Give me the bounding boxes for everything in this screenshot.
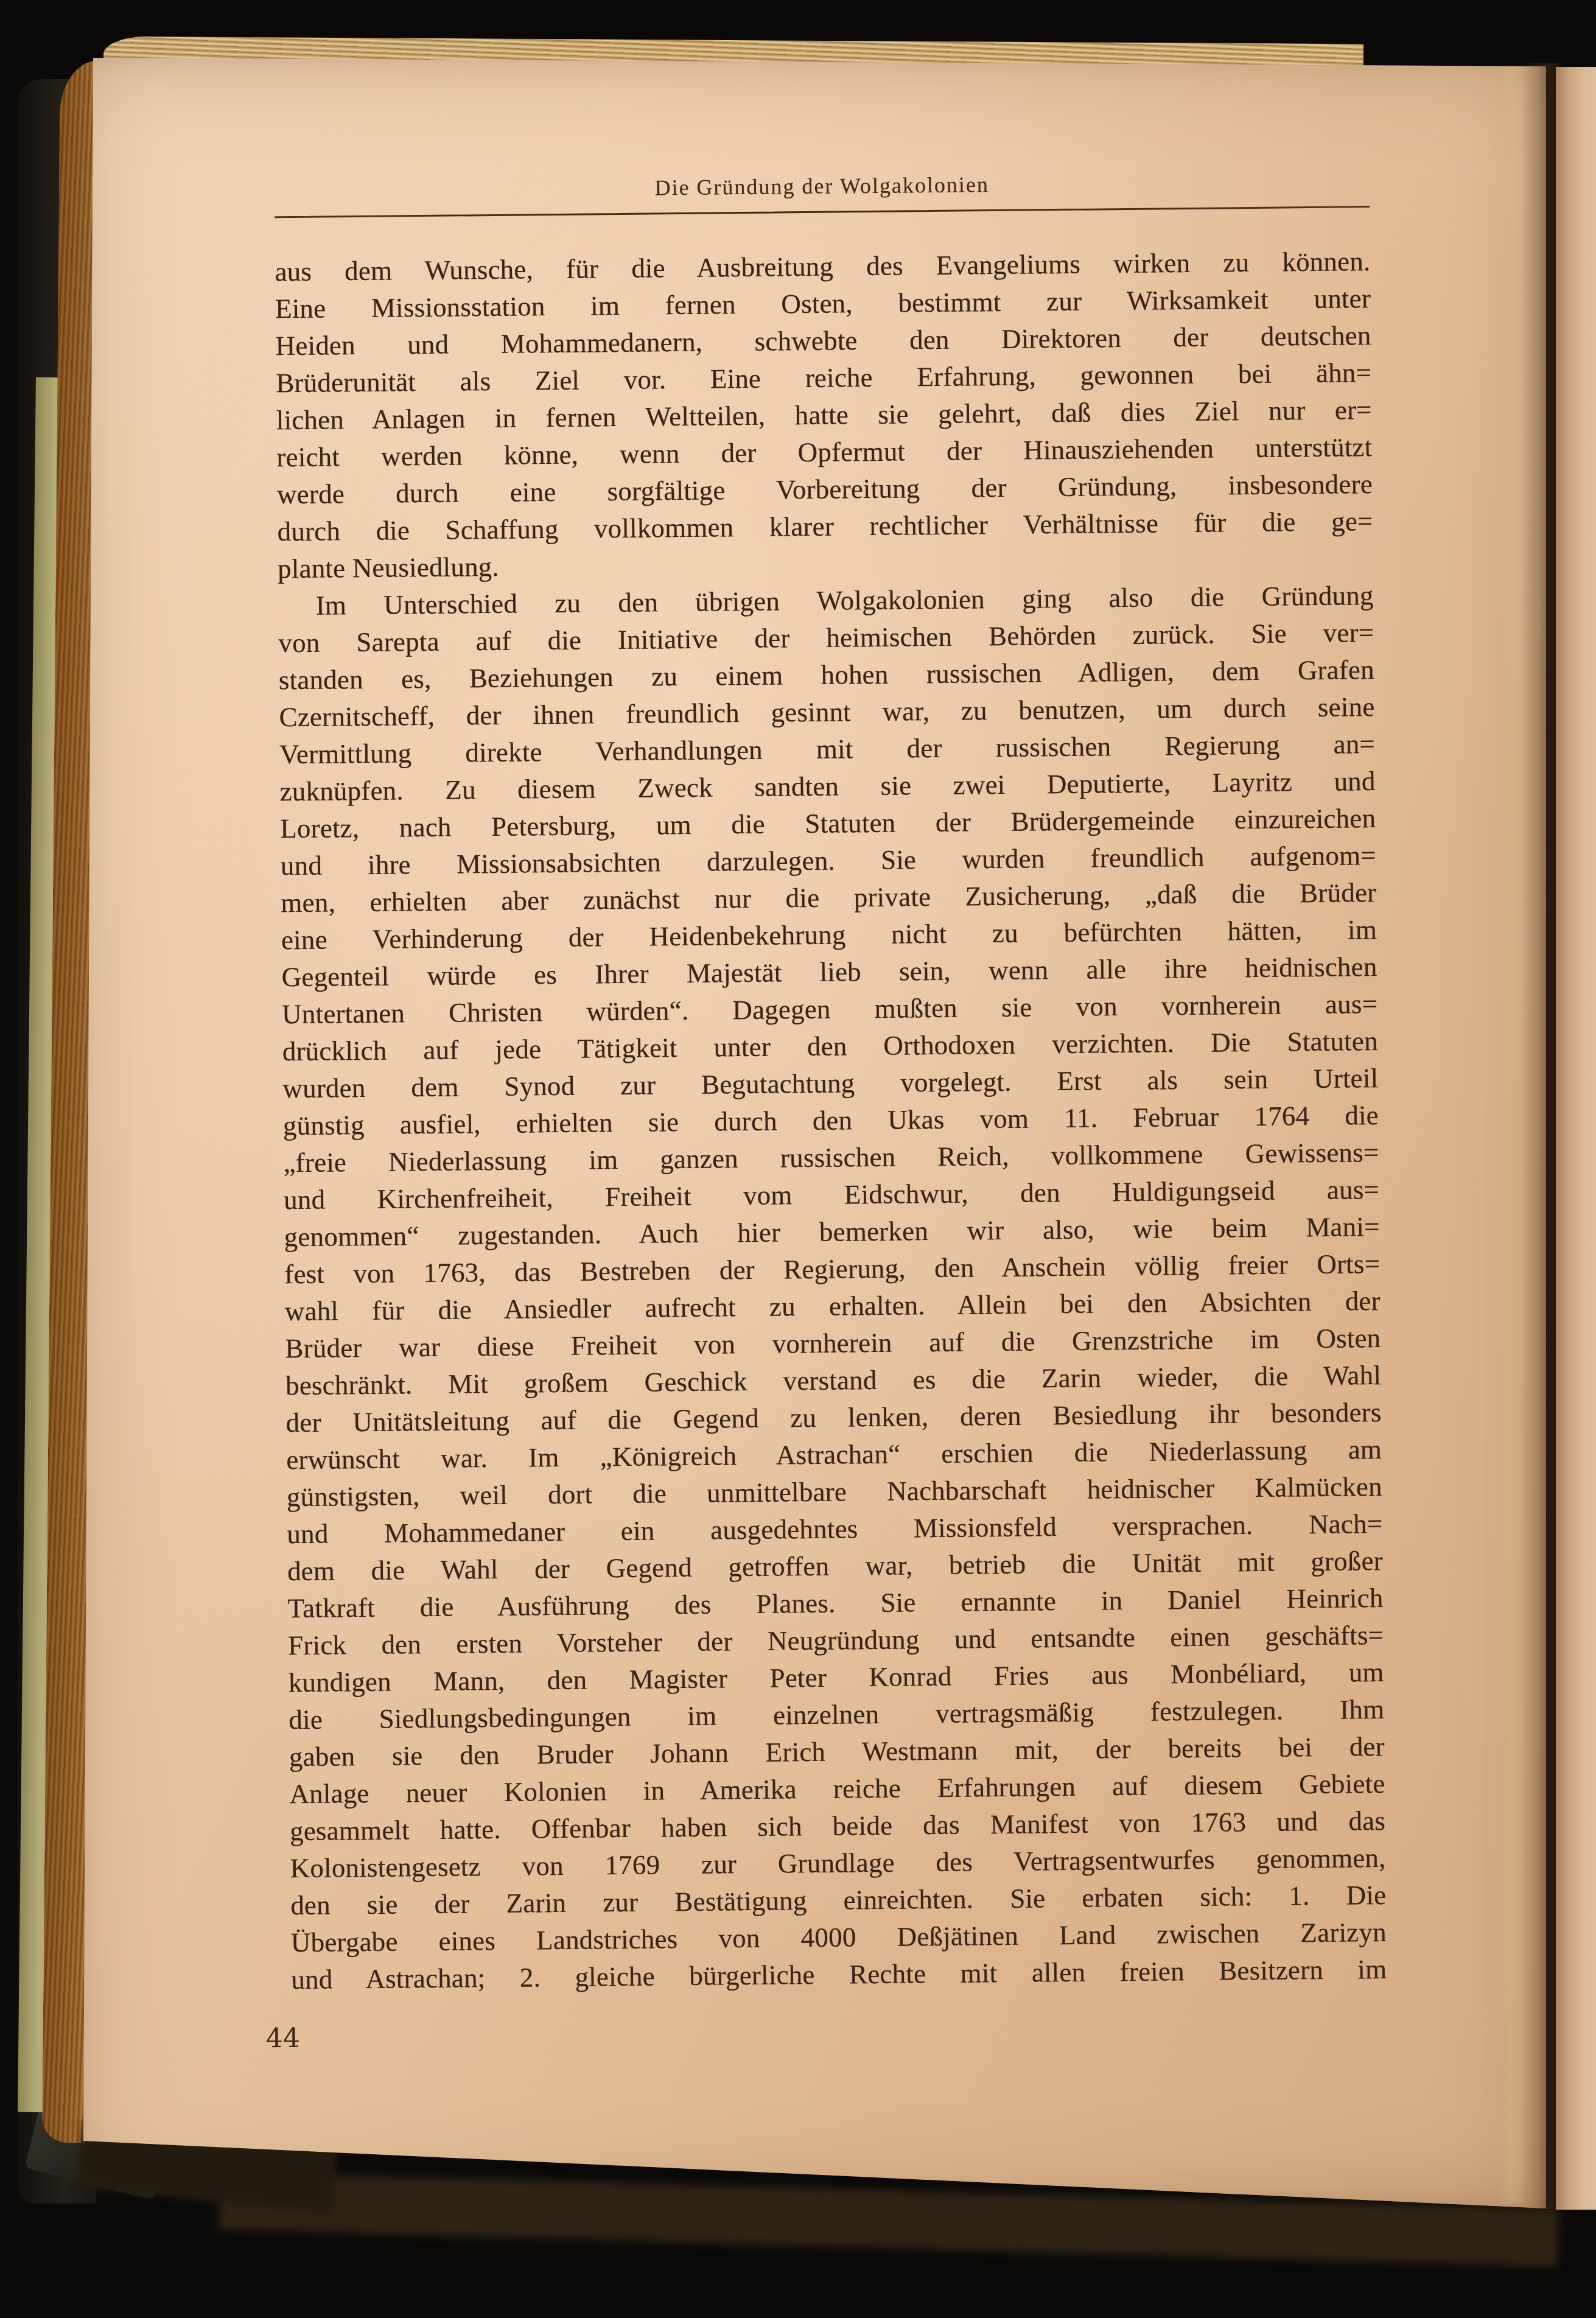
facing-page-edge	[1556, 67, 1596, 2210]
gutter-fold-highlight	[1499, 67, 1524, 2204]
page-number: 44	[266, 2023, 300, 2054]
scan-background: Die Gründung der Wolgakolonien aus dem W…	[0, 0, 1596, 2318]
running-header: Die Gründung der Wolgakolonien	[274, 166, 1370, 206]
gutter-shadow	[1522, 63, 1559, 2209]
header-rule	[275, 206, 1370, 218]
body-text: Die Gründung der Wolgakolonien aus dem W…	[274, 166, 1387, 1998]
text-column: aus dem Wunsche, für die Ausbreitung des…	[275, 243, 1387, 1998]
book-page: Die Gründung der Wolgakolonien aus dem W…	[70, 52, 1546, 2213]
